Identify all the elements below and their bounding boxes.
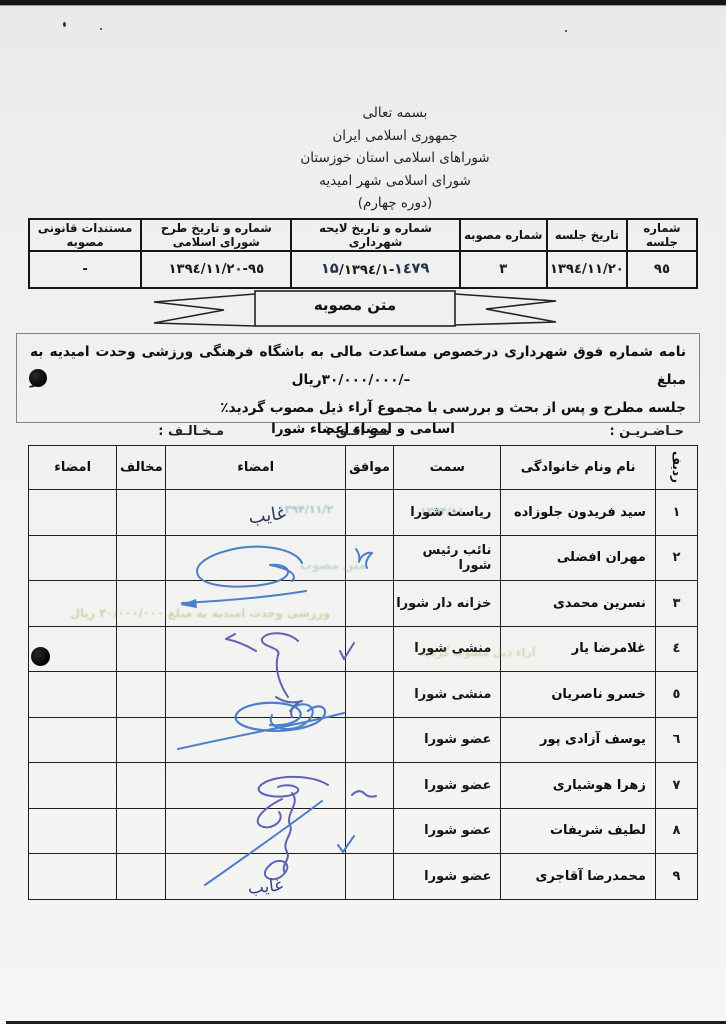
bleedthrough-text: ۱۳۹۴/۱۱/۲ (278, 503, 333, 516)
scan-edge-top (0, 0, 726, 5)
resolution-number-value: ٣ (460, 251, 547, 288)
scanned-document-page: بسمه تعالی جمهوری اسلامی ایران شوراهای ا… (0, 0, 726, 1024)
handwritten-bill-number: ١٤٧٩ (394, 260, 430, 277)
scan-speck (63, 22, 66, 27)
meta-value-row: ٩٥ ١٣٩٤/١١/٢٠ ٣ ١٤٧٩-١٣٩٤/١/١۵ ٩٥-١٣٩٤/١… (29, 251, 697, 288)
oppose-cell (117, 535, 166, 581)
handwritten-bill-day: ١۵ (321, 260, 339, 277)
table-row: ٩محمدرضا آقاجریعضو شورا (29, 854, 698, 900)
oppose-signature-cell (29, 808, 117, 854)
bleedthrough-text: ورزشی وحدت امیدیه به مبلغ ۳۰/۰۰۰/۰۰۰ ریا… (70, 606, 330, 620)
agree-signature-cell (166, 854, 346, 900)
agree-signature-cell (166, 808, 346, 854)
row-number: ٧ (655, 763, 697, 809)
city-council-line: شورای اسلامی شهر امیدیه (60, 170, 726, 193)
row-number: ٨ (655, 808, 697, 854)
oppose-cell (117, 626, 166, 672)
table-row: ١سید فریدون جلوزادهریاست شورا (29, 490, 698, 536)
session-date-value: ١٣٩٤/١١/٢٠ (547, 251, 627, 288)
row-number: ٤ (655, 626, 697, 672)
agree-signature-cell (166, 672, 346, 718)
member-position: نائب رئیس شورا (394, 535, 501, 581)
agree-cell (345, 672, 393, 718)
oppose-header: مخالف (117, 446, 166, 490)
municipality-bill-header: شماره و تاریخ لایحه شهرداری (291, 219, 459, 251)
oppose-signature-cell (29, 626, 117, 672)
agree-cell (345, 717, 393, 763)
oppose-cell (117, 854, 166, 900)
province-councils-line: شوراهای اسلامی استان خوزستان (60, 147, 726, 170)
oppose-signature-cell (29, 490, 117, 536)
session-date-header: تاریخ جلسه (547, 219, 627, 251)
member-position: عضو شورا (394, 717, 501, 763)
table-row: ٧زهرا هوشیاریعضو شورا (29, 763, 698, 809)
row-number: ٣ (655, 581, 697, 627)
row-number: ٢ (655, 535, 697, 581)
resolution-box: نامه شماره فوق شهرداری درخصوص مساعدت مال… (16, 333, 700, 423)
member-position: منشی شورا (394, 672, 501, 718)
member-name: لطیف شریفات (501, 808, 655, 854)
table-row: ٥خسرو ناصریانمنشی شورا (29, 672, 698, 718)
council-plan-header: شماره و تاریخ طرح شورای اسلامی (141, 219, 291, 251)
agree-cell (345, 854, 393, 900)
member-name: یوسف آزادی پور (501, 717, 655, 763)
printed-bill-date: -١٣٩٤/١/ (339, 263, 394, 278)
scan-speck (100, 28, 102, 30)
oppose-cell (117, 672, 166, 718)
member-position: عضو شورا (394, 854, 501, 900)
session-number-value: ٩٥ (627, 251, 697, 288)
resolution-banner: متن مصوبه (144, 289, 566, 329)
member-name: سید فریدون جلوزاده (501, 490, 655, 536)
agree-signature-cell (166, 717, 346, 763)
position-header: سمت (394, 446, 501, 490)
agree-signature-header: امضاء (166, 446, 346, 490)
table-row: ٨لطیف شریفاتعضو شورا (29, 808, 698, 854)
agree-cell (345, 763, 393, 809)
agree-cell (345, 626, 393, 672)
banner-title: متن مصوبه (255, 296, 455, 314)
bleedthrough-text: آراء ذیل مصوب گردید (420, 646, 536, 659)
council-plan-value: ٩٥-١٣٩٤/١١/٢٠ (141, 251, 291, 288)
member-position: عضو شورا (394, 808, 501, 854)
oppose-cell (117, 490, 166, 536)
agree-cell (345, 490, 393, 536)
member-name: زهرا هوشیاری (501, 763, 655, 809)
member-name: نسرین محمدی (501, 581, 655, 627)
member-name: خسرو ناصریان (501, 672, 655, 718)
oppose-cell (117, 808, 166, 854)
term-line: (دوره چهارم) (60, 192, 726, 215)
member-name: مهران افضلی (501, 535, 655, 581)
bleedthrough-text: متن مصوب (300, 558, 366, 572)
resolution-text-line1: نامه شماره فوق شهرداری درخصوص مساعدت مال… (30, 338, 686, 394)
row-number: ٩ (655, 854, 697, 900)
meta-header-row: شماره جلسه تاریخ جلسه شماره مصوبه شماره … (29, 219, 697, 251)
agree-cell (345, 581, 393, 627)
resolution-text-line2: جلسه مطرح و پس از بحث و بررسی با مجموع آ… (30, 394, 686, 422)
legal-docs-value: - (29, 251, 141, 288)
agree-signature-cell (166, 626, 346, 672)
row-number-header: ردیف (655, 446, 697, 490)
oppose-signature-cell (29, 717, 117, 763)
row-number: ٦ (655, 717, 697, 763)
country-line: جمهوری اسلامی ایران (60, 125, 726, 148)
members-header-row: ردیف نام ونام خانوادگی سمت موافق امضاء م… (29, 446, 698, 490)
letterhead: بسمه تعالی جمهوری اسلامی ایران شوراهای ا… (60, 102, 726, 215)
row-number: ١ (655, 490, 697, 536)
agree-cell (345, 808, 393, 854)
agree-header: موافق (345, 446, 393, 490)
session-number-header: شماره جلسه (627, 219, 697, 251)
table-row: ٤غلامرضا یارمنشی شورا (29, 626, 698, 672)
oppose-signature-cell (29, 535, 117, 581)
oppose-signature-cell (29, 672, 117, 718)
basmala-line: بسمه تعالی (60, 102, 726, 125)
members-rows: ١سید فریدون جلوزادهریاست شورا٢مهران افضل… (29, 490, 698, 900)
oppose-cell (117, 763, 166, 809)
members-table-title: اسامی و امضاء اعضاء شورا (0, 421, 726, 437)
session-meta-table: شماره جلسه تاریخ جلسه شماره مصوبه شماره … (28, 218, 698, 289)
members-signature-table: ردیف نام ونام خانوادگی سمت موافق امضاء م… (28, 445, 698, 900)
oppose-signature-header: امضاء (29, 446, 117, 490)
member-position: عضو شورا (394, 763, 501, 809)
agree-signature-cell (166, 763, 346, 809)
resolution-number-header: شماره مصوبه (460, 219, 547, 251)
scan-speck (565, 30, 567, 32)
member-position: خزانه دار شورا (394, 581, 501, 627)
row-number: ٥ (655, 672, 697, 718)
oppose-signature-cell (29, 763, 117, 809)
oppose-cell (117, 717, 166, 763)
member-name: محمدرضا آقاجری (501, 854, 655, 900)
oppose-signature-cell (29, 854, 117, 900)
name-header: نام ونام خانوادگی (501, 446, 655, 490)
municipality-bill-value: ١٤٧٩-١٣٩٤/١/١۵ (291, 251, 459, 288)
legal-docs-header: مستندات قانونی مصوبه (29, 219, 141, 251)
table-row: ٦یوسف آزادی پورعضو شورا (29, 717, 698, 763)
bleedthrough-text: ۱۳۹۴/۱۱ (420, 505, 464, 518)
